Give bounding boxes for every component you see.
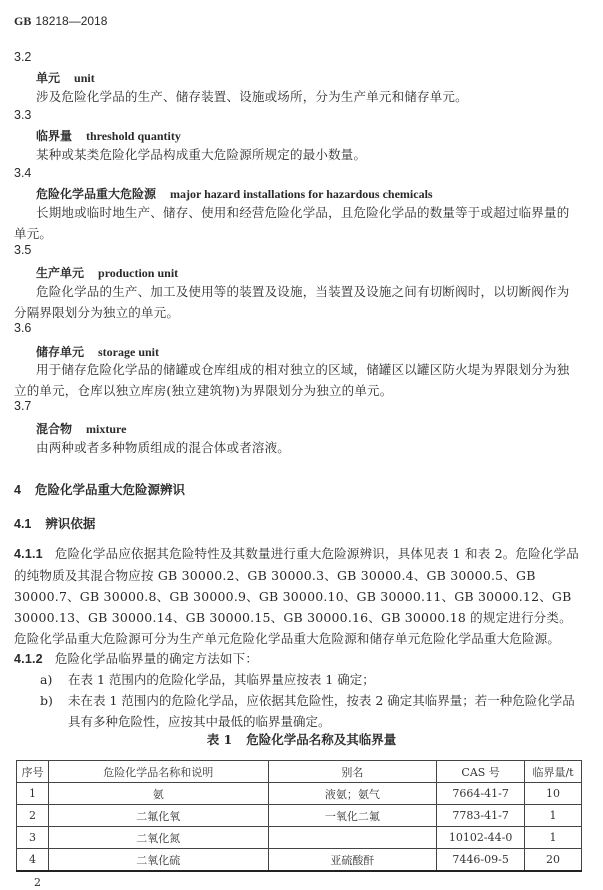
clause-number: 4.1.2 <box>14 652 43 666</box>
cell-name: 氨 <box>48 783 268 805</box>
cell-cas: 7664-41-7 <box>437 783 525 805</box>
cell-name: 二氧化硫 <box>48 849 268 872</box>
cell-alias: 液氨；氨气 <box>268 783 437 805</box>
section-number: 4 <box>14 483 21 497</box>
term-en: storage unit <box>98 345 159 359</box>
column-header: 危险化学品名称和说明 <box>48 761 268 783</box>
definition-number: 3.4 <box>14 166 31 180</box>
term-cn: 单元 <box>36 71 60 85</box>
term-en: major hazard installations for hazardous… <box>170 187 433 201</box>
definition-number: 3.7 <box>14 399 31 413</box>
cell-alias <box>268 827 437 849</box>
cell-name: 二氟化氧 <box>48 805 268 827</box>
term-cn: 临界量 <box>36 129 72 143</box>
cell-cas: 7783-41-7 <box>437 805 525 827</box>
column-header: 序号 <box>17 761 49 783</box>
page-number: 2 <box>34 876 41 889</box>
column-header: CAS 号 <box>437 761 525 783</box>
table-header-row: 序号 危险化学品名称和说明 别名 CAS 号 临界量/t <box>17 761 582 783</box>
definition-number: 3.3 <box>14 108 31 122</box>
standard-prefix: GB <box>14 14 31 28</box>
cell-threshold: 1 <box>525 827 582 849</box>
column-header: 别名 <box>268 761 437 783</box>
cell-name: 二氧化氮 <box>48 827 268 849</box>
term-en: threshold quantity <box>86 129 181 143</box>
term-en: unit <box>74 71 95 85</box>
cell-index: 3 <box>17 827 49 849</box>
definition-text: 由两种或者多种物质组成的混合体或者溶液。 <box>14 437 582 458</box>
definition-text: 涉及危险化学品的生产、储存装置、设施或场所，分为生产单元和储存单元。 <box>14 86 582 107</box>
table-row: 3 二氧化氮 10102-44-0 1 <box>17 827 582 849</box>
list-item: a)在表 1 范围内的危险化学品，其临界量应按表 1 确定； <box>40 669 580 690</box>
cell-index: 2 <box>17 805 49 827</box>
table-row: 2 二氟化氧 一氧化二氟 7783-41-7 1 <box>17 805 582 827</box>
definition-term: 单元unit <box>36 69 95 86</box>
standard-number: 18218—2018 <box>35 14 107 28</box>
cell-threshold: 10 <box>525 783 582 805</box>
cell-threshold: 1 <box>525 805 582 827</box>
cell-index: 1 <box>17 783 49 805</box>
list-item-label: b) <box>40 690 53 711</box>
section-heading: 4危险化学品重大危险源辨识 <box>14 480 185 498</box>
term-cn: 生产单元 <box>36 266 84 280</box>
definition-number: 3.6 <box>14 321 31 335</box>
table-row: 1 氨 液氨；氨气 7664-41-7 10 <box>17 783 582 805</box>
cell-index: 4 <box>17 849 49 872</box>
list-item-label: a) <box>40 669 52 690</box>
definition-text: 长期地或临时地生产、储存、使用和经营危险化学品，且危险化学品的数量等于或超过临界… <box>14 202 582 244</box>
section-title: 危险化学品重大危险源辨识 <box>35 482 185 497</box>
definition-text: 用于储存危险化学品的储罐或仓库组成的相对独立的区域，储罐区以罐区防火堤为界限划分… <box>14 359 582 401</box>
term-cn: 危险化学品重大危险源 <box>36 187 156 201</box>
list-item: b)未在表 1 范围内的危险化学品，应依据其危险性，按表 2 确定其临界量；若一… <box>40 690 580 732</box>
clause-text: 危险化学品应依据其危险特性及其数量进行重大危险源辨识，具体见表 1 和表 2。危… <box>14 546 579 646</box>
clause-text: 危险化学品临界量的确定方法如下： <box>55 651 258 666</box>
definition-term: 临界量threshold quantity <box>36 127 181 144</box>
table-title: 危险化学品名称及其临界量 <box>246 732 396 747</box>
cell-threshold: 20 <box>525 849 582 872</box>
table-caption: 表 1危险化学品名称及其临界量 <box>0 730 603 748</box>
column-header: 临界量/t <box>525 761 582 783</box>
clause-number: 4.1.1 <box>14 547 43 561</box>
list-item-text: 未在表 1 范围内的危险化学品，应依据其危险性，按表 2 确定其临界量；若一种危… <box>68 690 580 732</box>
list-item-text: 在表 1 范围内的危险化学品，其临界量应按表 1 确定； <box>68 669 580 690</box>
table-number: 表 1 <box>207 732 233 747</box>
definition-term: 危险化学品重大危险源major hazard installations for… <box>36 185 433 202</box>
definition-term: 储存单元storage unit <box>36 343 159 360</box>
term-en: mixture <box>86 422 126 436</box>
subsection-heading: 4.1辨识依据 <box>14 514 95 532</box>
clause-4-1-2: 4.1.2危险化学品临界量的确定方法如下： <box>14 648 582 670</box>
definition-number: 3.5 <box>14 243 31 257</box>
subsection-title: 辨识依据 <box>45 516 95 531</box>
definition-text: 危险化学品的生产、加工及使用等的装置及设施，当装置及设施之间有切断阀时，以切断阀… <box>14 281 582 323</box>
definition-number: 3.2 <box>14 50 31 64</box>
cell-cas: 10102-44-0 <box>437 827 525 849</box>
definition-term: 混合物mixture <box>36 420 126 437</box>
term-cn: 混合物 <box>36 422 72 436</box>
cell-alias: 一氧化二氟 <box>268 805 437 827</box>
cell-alias: 亚硫酸酐 <box>268 849 437 872</box>
clause-4-1-1: 4.1.1危险化学品应依据其危险特性及其数量进行重大危险源辨识，具体见表 1 和… <box>14 543 582 649</box>
chemicals-threshold-table: 序号 危险化学品名称和说明 别名 CAS 号 临界量/t 1 氨 液氨；氨气 7… <box>16 760 582 872</box>
table-row: 4 二氧化硫 亚硫酸酐 7446-09-5 20 <box>17 849 582 872</box>
standard-header: GB18218—2018 <box>14 14 107 29</box>
subsection-number: 4.1 <box>14 517 31 531</box>
term-cn: 储存单元 <box>36 345 84 359</box>
cell-cas: 7446-09-5 <box>437 849 525 872</box>
term-en: production unit <box>98 266 178 280</box>
definition-term: 生产单元production unit <box>36 264 178 281</box>
definition-text: 某种或某类危险化学品构成重大危险源所规定的最小数量。 <box>14 144 582 165</box>
